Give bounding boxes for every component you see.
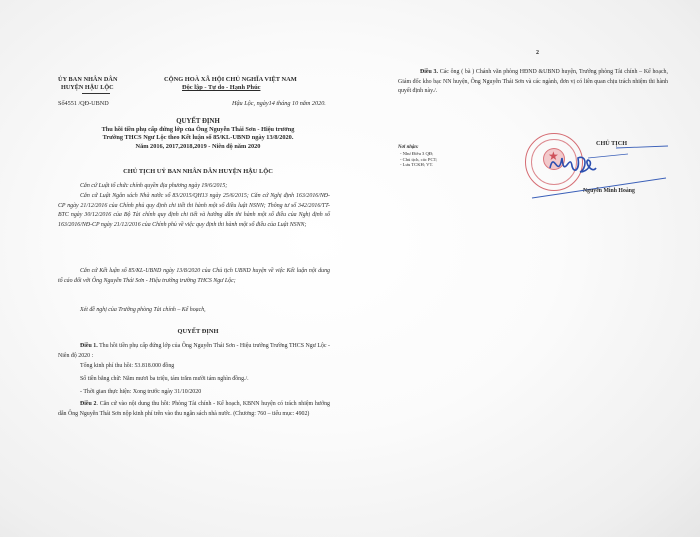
- recipient-item: - Như Điều 3 QĐ;: [398, 151, 437, 157]
- decision-subject-line3: Năm 2016, 2017,2018,2019 - Niên độ năm 2…: [48, 143, 348, 151]
- page-number: 2: [536, 50, 539, 56]
- article-2-text: . Căn cứ vào nội dung thu hồi: Phòng Tài…: [58, 401, 330, 417]
- legal-basis-1: Căn cứ Luật tổ chức chính quyền địa phươ…: [58, 182, 330, 192]
- article-1-amount-in-words: Số tiền bằng chữ: Năm mươi ba triệu, tám…: [58, 375, 330, 385]
- article-3: Điều 3. Các ông ( bà ) Chánh văn phòng H…: [398, 68, 668, 97]
- article-3-label: Điều 3.: [420, 69, 438, 75]
- article-1: Điều 1. Thu hồi tiền phụ cấp đứng lớp củ…: [58, 342, 330, 361]
- authority-heading: CHỦ TỊCH UỶ BAN NHÂN DÂN HUYỆN HẬU LỘC: [48, 168, 348, 175]
- recipient-item: - Lưu TCKH; VT.: [398, 162, 437, 168]
- article-1-label: Điều 1.: [80, 343, 98, 349]
- issuing-authority-line2: HUYỆN HẬU LỘC: [61, 84, 114, 91]
- legal-basis-4: Xét đề nghị của Trưởng phòng Tài chính –…: [58, 306, 330, 316]
- decision-section-heading: QUYẾT ĐỊNH: [48, 328, 348, 335]
- decision-page-1: ỦY BAN NHÂN DÂN HUYỆN HẬU LỘC CỘNG HOÀ X…: [48, 60, 378, 500]
- article-2-label: Điều 2: [80, 401, 97, 407]
- issuing-authority-line1: ỦY BAN NHÂN DÂN: [58, 76, 118, 83]
- document-number: Số4551 /QĐ-UBND: [58, 100, 109, 107]
- article-3-text: Các ông ( bà ) Chánh văn phòng HĐND &UBN…: [398, 69, 668, 94]
- legal-basis-2: Căn cứ Luật Ngân sách Nhà nước số 83/201…: [58, 192, 330, 230]
- article-2: Điều 2. Căn cứ vào nội dung thu hồi: Phò…: [58, 400, 330, 419]
- signer-name: Nguyễn Minh Hoàng: [583, 188, 635, 194]
- article-1-text: Thu hồi tiền phụ cấp đứng lớp của Ông Ng…: [58, 343, 330, 359]
- national-title: CỘNG HOÀ XÃ HỘI CHỦ NGHĨA VIỆT NAM: [164, 76, 297, 83]
- place-and-date: Hậu Lộc, ngày14 tháng 10 năm 2020.: [232, 100, 326, 107]
- article-1-deadline: - Thời gian thực hiện: Xong trước ngày 3…: [58, 388, 330, 398]
- decision-subject-line2: Trường THCS Ngư Lộc theo Kết luận số 85/…: [48, 134, 348, 142]
- national-motto: Độc lập - Tự do - Hạnh Phúc: [182, 84, 260, 91]
- legal-basis-3: Căn cứ Kết luận số 85/KL-UBND ngày 13/8/…: [58, 267, 330, 286]
- decision-page-2: 2 Điều 3. Các ông ( bà ) Chánh văn phòng…: [398, 50, 683, 240]
- article-1-total: Tổng kinh phí thu hồi: 53.818.000 đồng: [58, 362, 330, 372]
- decision-title: QUYẾT ĐỊNH Thu hồi tiền phụ cấp đứng lớp…: [48, 118, 348, 151]
- decision-heading: QUYẾT ĐỊNH: [48, 118, 348, 126]
- decision-subject-line1: Thu hồi tiền phụ cấp đứng lớp của Ông Ng…: [48, 126, 348, 134]
- recipients-block: Nơi nhận: - Như Điều 3 QĐ; - Chủ tịch, c…: [398, 145, 437, 168]
- authority-underline: [82, 93, 110, 94]
